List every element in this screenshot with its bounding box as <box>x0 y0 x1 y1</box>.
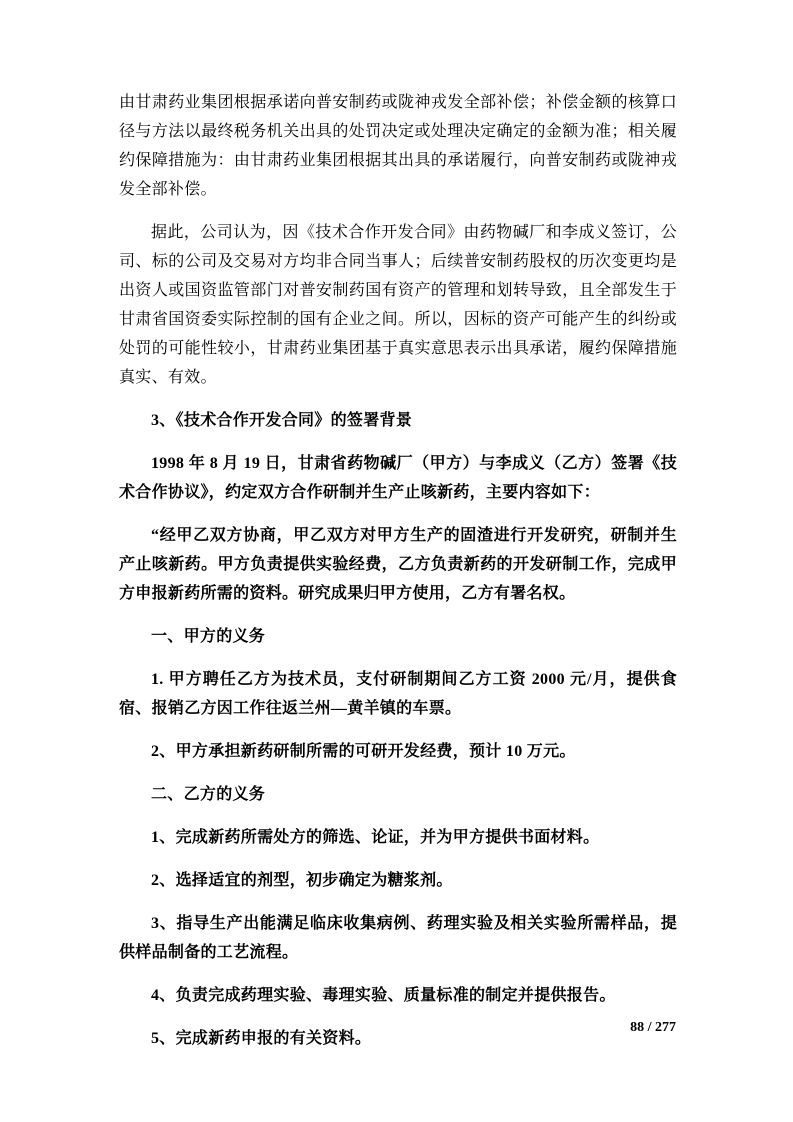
paragraph-company-opinion: 据此，公司认为，因《技术合作开发合同》由药物碱厂和李成义签订，公司、标的公司及交… <box>119 218 677 392</box>
paragraph-1998-agreement: 1998 年 8 月 19 日，甘肃省药物碱厂（甲方）与李成义（乙方）签署《技术… <box>119 449 677 507</box>
subheading-party-a-obligations: 一、甲方的义务 <box>119 622 677 651</box>
list-item-party-a-1: 1. 甲方聘任乙方为技术员，支付研制期间乙方工资 2000 元/月，提供食宿、报… <box>119 665 677 723</box>
paragraph-agreement-quote: “经甲乙双方协商，甲乙双方对甲方生产的固渣进行开发研究，研制并生产止咳新药。甲方… <box>119 521 677 608</box>
page-number: 88 / 277 <box>630 1020 676 1036</box>
document-page: 由甘肃药业集团根据承诺向普安制药或陇神戎发全部补偿；补偿金额的核算口径与方法以最… <box>0 0 793 1122</box>
document-body: 由甘肃药业集团根据承诺向普安制药或陇神戎发全部补偿；补偿金额的核算口径与方法以最… <box>119 88 677 1067</box>
list-item-party-b-1: 1、完成新药所需处方的筛选、论证，并为甲方提供书面材料。 <box>119 823 677 852</box>
paragraph-compensation-continuation: 由甘肃药业集团根据承诺向普安制药或陇神戎发全部补偿；补偿金额的核算口径与方法以最… <box>119 88 677 204</box>
list-item-party-a-2: 2、甲方承担新药研制所需的可研开发经费，预计 10 万元。 <box>119 737 677 766</box>
section-heading-3-signing-background: 3、《技术合作开发合同》的签署背景 <box>119 406 677 435</box>
subheading-party-b-obligations: 二、乙方的义务 <box>119 780 677 809</box>
list-item-party-b-3: 3、指导生产出能满足临床收集病例、药理实验及相关实验所需样品，提供样品制备的工艺… <box>119 909 677 967</box>
list-item-party-b-5: 5、完成新药申报的有关资料。 <box>119 1024 677 1053</box>
list-item-party-b-4: 4、负责完成药理实验、毒理实验、质量标准的制定并提供报告。 <box>119 981 677 1010</box>
list-item-party-b-2: 2、选择适宜的剂型，初步确定为糖浆剂。 <box>119 866 677 895</box>
